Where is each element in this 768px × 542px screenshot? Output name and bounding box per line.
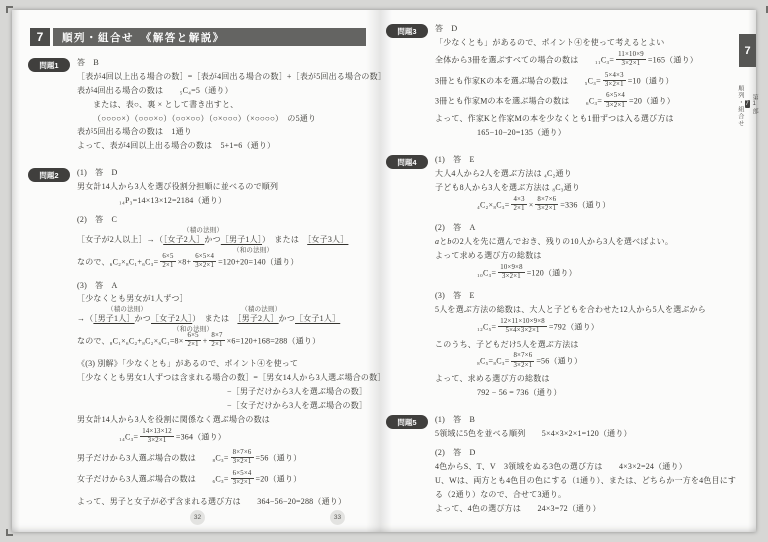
fraction-numerator: 10×9×8 <box>498 264 524 273</box>
fraction-numerator: 8×7×6 <box>231 449 254 458</box>
fraction-numerator: 8×7×6 <box>535 196 558 205</box>
text-run: =336（通り） <box>560 200 610 209</box>
solution-line: ［少なくとも男女が1人ずつ］ <box>77 294 366 304</box>
fraction: 8×72×1 <box>209 332 224 349</box>
solution-line: 3冊とも作家Mの本を選ぶ場合の数は ₆C₃=6×5×43×2×1=20（通り） <box>435 93 716 110</box>
text-run: または、表○、裏 × として書き出すと、 <box>93 100 238 109</box>
chapter-edge-tab: 7 第1部 7 順列・組合せ <box>739 34 756 127</box>
fraction-denominator: 2×1 <box>185 341 200 349</box>
text-run: =56（通り） <box>536 357 582 366</box>
fraction-numerator: 6×5 <box>185 332 200 341</box>
text-run: ） または <box>262 235 307 244</box>
solution-line: aとbの2人を先に選んでおき、残りの10人から3人を選べばよい。 <box>435 237 716 247</box>
scanned-workbook-spread: { "left_page": { "page_number": "32", "h… <box>0 0 768 542</box>
fraction: 5×4×33×2×1 <box>603 72 626 89</box>
fraction-numerator: 6×5×4 <box>231 470 254 479</box>
fraction: 8×7×63×2×1 <box>231 449 254 466</box>
solution-line: 「少なくとも」があるので、ポイント④を使って考えるとよい <box>435 38 716 48</box>
underlined-text: ［女子2人］ <box>163 235 204 244</box>
page-number-left: 32 <box>190 510 205 525</box>
text-run: 5領域に5色を並べる順列 5×4×3×2×1=120（通り） <box>435 429 632 438</box>
underlined-text: ［男子1人］ <box>93 314 134 323</box>
text-run: =20（通り） <box>629 97 675 106</box>
text-run: (2) 答 A <box>435 223 476 232</box>
solution-line: 792 − 56 = 736（通り） <box>435 388 716 398</box>
problem-block: 問題5(1) 答 B5領域に5色を並べる順列 5×4×3×2×1=120（通り）… <box>386 415 716 518</box>
fraction: 6×52×1 <box>160 253 175 270</box>
solution-line: なので、₈C₁×₆C₂+₈C₂×₆C₁=8×6×52×1+8×72×1×6=12… <box>77 333 366 350</box>
problem-block: 問題4(1) 答 E大人4人から2人を選ぶ方法は ₄C₂通り子ども8人から3人を… <box>386 155 716 402</box>
fraction-numerator: 8×7 <box>209 332 224 341</box>
text-run: ×6=120+168=288（通り） <box>227 337 321 346</box>
solution-line: 表が5回出る場合の数は 1通り <box>77 127 366 137</box>
solution-line: よって、作家Kと作家Mの本を少なくとも1冊ずつは入る選び方は <box>435 114 716 124</box>
text-run: 男子だけから3人選ぶ場合の数は ₈C₃= <box>77 453 229 462</box>
problem-content: 答 D「少なくとも」があるので、ポイント④を使って考えるとよい全体から3冊を選ぶ… <box>435 24 716 142</box>
solution-line: (1) 答 E <box>435 155 716 165</box>
text-run: 表が4回出る場合の数は ₅C₄=5（通り） <box>77 86 233 95</box>
problem-content: (1) 答 D男女計14人から3人を選び役割分担順に並べるので順列₁₄P₃=14… <box>77 168 366 511</box>
text-run: の2人を先に選んでおき、残りの10人から3人を選べばよい。 <box>452 237 673 246</box>
solution-line: 《(3) 別解》「少なくとも」があるので、ポイント④を使って <box>77 359 366 369</box>
fraction-numerator: 6×5 <box>160 253 175 262</box>
fraction-numerator: 5×4×3 <box>603 72 626 81</box>
fraction-denominator: 3×2×1 <box>193 262 216 270</box>
solution-line: (2) 答 D <box>435 448 716 458</box>
text-run: ₁₄C₃= <box>119 432 138 441</box>
solution-line: 5領域に5色を並べる順列 5×4×3×2×1=120（通り） <box>435 429 716 439</box>
fraction-denominator: 2×1 <box>209 341 224 349</box>
text-run: ［女子が2人以上］→（ <box>77 235 163 244</box>
solution-line: (2) 答 C <box>77 215 366 225</box>
fraction-denominator: 3×2×1 <box>603 81 626 89</box>
fraction-denominator: 3×2×1 <box>604 102 627 110</box>
fraction: 10×9×83×2×1 <box>498 264 524 281</box>
text-run: ×8+ <box>178 258 192 267</box>
text-run: よって、表が4回以上出る場合の数は 5+1=6（通り） <box>77 141 275 150</box>
text-run: 5人を選ぶ方法の総数は、大人と子どもを合わせた12人から5人を選ぶから <box>435 305 706 314</box>
solution-line: または、表○、裏 × として書き出すと、 <box>77 100 366 110</box>
scan-corner-mark <box>6 6 8 13</box>
text-run: (1) 答 B <box>435 415 475 424</box>
text-run: なので、₆C₂×₈C₁+₆C₃= <box>77 258 158 267</box>
solution-line: 表が4回出る場合の数は ₅C₄=5（通り） <box>77 86 366 96</box>
text-run: =364（通り） <box>176 432 226 441</box>
underlined-text: ［女子3人］ <box>307 235 348 244</box>
text-run: （和の法則） <box>233 247 273 254</box>
text-run: かつ <box>135 314 151 323</box>
text-run: 男女計14人から3人を役割に関係なく選ぶ場合の数は <box>77 415 270 424</box>
solution-line: よって、4色の選び方は 24×3=72（通り） <box>435 504 716 514</box>
fraction: 6×5×43×2×1 <box>604 92 627 109</box>
left-problems: 問題1答 B［表が4回以上出る場合の数］=［表が4回出る場合の数］+［表が5回出… <box>28 58 366 511</box>
fraction-denominator: 3×2×1 <box>231 458 254 466</box>
text-run: 答 D <box>435 24 457 33</box>
text-run: ） または <box>192 314 237 323</box>
problem-label: 問題5 <box>386 415 428 429</box>
fraction-denominator: 3×2×1 <box>498 273 524 281</box>
text-run: 792 − 56 = 736（通り） <box>477 388 562 397</box>
fraction: 8×7×63×2×1 <box>535 196 558 213</box>
text-run: ₁₂C₅= <box>477 322 496 331</box>
problem-content: 答 B［表が4回以上出る場合の数］=［表が4回出る場合の数］+［表が5回出る場合… <box>77 58 366 155</box>
fraction-numerator: 11×10×9 <box>616 51 646 60</box>
fraction-denominator: 3×2×1 <box>535 205 558 213</box>
solution-line: ₁₀C₃=10×9×83×2×1=120（通り） <box>435 265 716 282</box>
problem-label: 問題2 <box>28 168 70 182</box>
text-run: よって、男子と女子が必ず含まれる選び方は 364−56−20=288（通り） <box>77 497 346 506</box>
solution-line: 答 D <box>435 24 716 34</box>
text-run: ₁₄P₃=14×13×12=2184（通り） <box>119 196 226 205</box>
fraction-numerator: 4×3 <box>511 196 526 205</box>
problem-block: 問題3答 D「少なくとも」があるので、ポイント④を使って考えるとよい全体から3冊… <box>386 24 716 142</box>
text-run: このうち、子どもだけ5人を選ぶ方法は <box>435 340 579 349</box>
fraction: 6×52×1 <box>185 332 200 349</box>
text-run: 大人4人から2人を選ぶ方法は ₄C₂通り <box>435 169 572 178</box>
text-run: U、Wは、両方とも4色目の色にする（1通り）、または、どちらか一方を4色目にす <box>435 476 736 485</box>
text-run: 男女計14人から3人を選び役割分担順に並べるので順列 <box>77 182 278 191</box>
text-run: なので、₈C₁×₆C₂+₈C₂×₆C₁=8× <box>77 337 183 346</box>
solution-line: なので、₆C₂×₈C₁+₆C₃=6×52×1×8+6×5×43×2×1=120+… <box>77 254 366 271</box>
solution-line: 男女計14人から3人を選び役割分担順に並べるので順列 <box>77 182 366 192</box>
text-run: ₁₀C₃= <box>477 268 496 277</box>
text-run: ［少なくとも男女1人ずつは含まれる場合の数］=［男女14人から3人選ぶ場合の数］ <box>77 373 386 382</box>
solution-line: このうち、子どもだけ5人を選ぶ方法は <box>435 340 716 350</box>
solution-line: 4色からS、T、V 3領域をぬる3色の選び方は 4×3×2=24（通り） <box>435 462 716 472</box>
text-run: =165（通り） <box>648 55 698 64</box>
fraction: 6×5×43×2×1 <box>231 470 254 487</box>
text-run: =20（通り） <box>256 474 302 483</box>
problem-block: 問題1答 B［表が4回以上出る場合の数］=［表が4回出る場合の数］+［表が5回出… <box>28 58 366 155</box>
solution-line: 男子だけから3人選ぶ場合の数は ₈C₃=8×7×63×2×1=56（通り） <box>77 450 366 467</box>
solution-line: (1) 答 D <box>77 168 366 178</box>
text-run: 女子だけから3人選ぶ場合の数は ₆C₃= <box>77 474 229 483</box>
text-run: −［女子だけから3人を選ぶ場合の数］ <box>227 401 367 410</box>
fraction-numerator: 6×5×4 <box>193 253 216 262</box>
solution-line: (3) 答 A <box>77 281 366 291</box>
solution-line: 答 B <box>77 58 366 68</box>
solution-line: ［女子が2人以上］→（［女子2人］かつ［男子1人］） または ［女子3人］ <box>77 235 366 245</box>
fraction-denominator: 2×1 <box>160 262 175 270</box>
underlined-text: ［男子2人］ <box>237 314 278 323</box>
text-run: かつ <box>204 235 220 244</box>
tab-chapter-number-badge: 7 <box>745 100 750 108</box>
solution-line: る（2通り）なので、合せて3通り。 <box>435 490 716 500</box>
page-left: 7 順列・組合せ 《解答と解説》 問題1答 B［表が4回以上出る場合の数］=［表… <box>12 10 374 532</box>
problem-content: (1) 答 B5領域に5色を並べる順列 5×4×3×2×1=120（通り）(2)… <box>435 415 716 518</box>
text-run: =120（通り） <box>527 268 577 277</box>
text-run: =56（通り） <box>256 453 302 462</box>
fraction-numerator: 14×13×12 <box>140 428 174 437</box>
chapter-header: 7 順列・組合せ 《解答と解説》 <box>30 28 366 46</box>
fraction-denominator: 3×2×1 <box>140 437 174 445</box>
text-run: 「少なくとも」があるので、ポイント④を使って考えるとよい <box>435 38 664 47</box>
solution-line: よって、男子と女子が必ず含まれる選び方は 364−56−20=288（通り） <box>77 497 366 507</box>
text-run: る（2通り）なので、合せて3通り。 <box>435 490 566 499</box>
fraction-denominator: 5×4×3×2×1 <box>498 327 547 335</box>
fraction-denominator: 2×1 <box>511 205 526 213</box>
text-run: 全体から3冊を選ぶすべての場合の数は ₁₁C₃= <box>435 55 614 64</box>
text-run: （積の法則） <box>183 227 223 234</box>
chapter-tab-number: 7 <box>739 34 756 67</box>
problem-label: 問題3 <box>386 24 428 38</box>
underlined-text: ［女子1人］ <box>295 314 340 323</box>
solution-line: −［女子だけから3人を選ぶ場合の数］ <box>77 401 366 411</box>
text-run: （○○○○×）（○○○×○）（○○×○○）（○×○○○）（×○○○○） の5通り <box>93 114 316 123</box>
solution-line: (2) 答 A <box>435 223 716 233</box>
chapter-title: 順列・組合せ 《解答と解説》 <box>53 28 366 46</box>
problem-label: 問題1 <box>28 58 70 72</box>
text-run: ［表が4回以上出る場合の数］=［表が4回出る場合の数］+［表が5回出る場合の数］ <box>77 72 386 81</box>
fraction: 6×5×43×2×1 <box>193 253 216 270</box>
fraction-numerator: 12×11×10×9×8 <box>498 318 547 327</box>
chapter-number-badge: 7 <box>30 28 50 46</box>
fraction: 14×13×123×2×1 <box>140 428 174 445</box>
problem-content: (1) 答 E大人4人から2人を選ぶ方法は ₄C₂通り子ども8人から3人を選ぶ方… <box>435 155 716 402</box>
text-run: + <box>203 337 208 346</box>
solution-line: (1) 答 B <box>435 415 716 425</box>
fraction-numerator: 8×7×6 <box>511 352 534 361</box>
text-run: よって、求める選び方の総数は <box>435 374 550 383</box>
underlined-text: ［男子1人］ <box>221 235 262 244</box>
solution-line: ₁₄C₃=14×13×123×2×1=364（通り） <box>77 429 366 446</box>
text-run: よって、作家Kと作家Mの本を少なくとも1冊ずつは入る選び方は <box>435 114 674 123</box>
text-run: −［男子だけから3人を選ぶ場合の数］ <box>227 387 367 396</box>
text-run: × <box>529 200 534 209</box>
text-run: 《(3) 別解》「少なくとも」があるので、ポイント④を使って <box>77 359 298 368</box>
right-problems: 問題3答 D「少なくとも」があるので、ポイント④を使って考えるとよい全体から3冊… <box>386 24 716 518</box>
book-spread: 7 順列・組合せ 《解答と解説》 問題1答 B［表が4回以上出る場合の数］=［表… <box>12 10 756 532</box>
text-run: (1) 答 D <box>77 168 118 177</box>
text-run: 3冊とも作家Mの本を選ぶ場合の数は ₆C₃= <box>435 97 602 106</box>
solution-line: U、Wは、両方とも4色目の色にする（1通り）、または、どちらか一方を4色目にす <box>435 476 716 486</box>
text-run: 3冊とも作家Kの本を選ぶ場合の数は ₅C₃= <box>435 76 601 85</box>
page-number-right: 33 <box>330 510 345 525</box>
solution-line: 女子だけから3人選ぶ場合の数は ₆C₃=6×5×43×2×1=20（通り） <box>77 471 366 488</box>
text-run: ₄C₂×₈C₃= <box>477 200 509 209</box>
solution-line: ₄C₂×₈C₃=4×32×1×8×7×63×2×1=336（通り） <box>435 197 716 214</box>
solution-line: (3) 答 E <box>435 291 716 301</box>
text-run: 165−10−20=135（通り） <box>477 128 566 137</box>
problem-block: 問題2(1) 答 D男女計14人から3人を選び役割分担順に並べるので順列₁₄P₃… <box>28 168 366 511</box>
chapter-tab-vertical-label: 第1部 7 順列・組合せ <box>736 81 759 127</box>
underlined-text: ［女子2人］ <box>151 314 192 323</box>
text-run: (1) 答 E <box>435 155 475 164</box>
solution-line: よって、求める選び方の総数は <box>435 374 716 384</box>
text-run: =10（通り） <box>628 76 674 85</box>
solution-line: 全体から3冊を選ぶすべての場合の数は ₁₁C₃=11×10×93×2×1=165… <box>435 52 716 69</box>
fraction-denominator: 3×2×1 <box>511 362 534 370</box>
text-run: 子ども8人から3人を選ぶ方法は ₈C₃通り <box>435 183 580 192</box>
text-run: (2) 答 D <box>435 448 476 457</box>
text-run: よって求める選び方の総数は <box>435 251 542 260</box>
solution-line: 5人を選ぶ方法の総数は、大人と子どもを合わせた12人から5人を選ぶから <box>435 305 716 315</box>
text-run: 4色からS、T、V 3領域をぬる3色の選び方は 4×3×2=24（通り） <box>435 462 687 471</box>
solution-line: よって、表が4回以上出る場合の数は 5+1=6（通り） <box>77 141 366 151</box>
text-run: よって、4色の選び方は 24×3=72（通り） <box>435 504 601 513</box>
fraction-denominator: 3×2×1 <box>616 60 646 68</box>
text-run: (2) 答 C <box>77 215 117 224</box>
fraction: 4×32×1 <box>511 196 526 213</box>
scan-corner-mark <box>6 529 8 536</box>
page-right: 問題3答 D「少なくとも」があるので、ポイント④を使って考えるとよい全体から3冊… <box>374 10 756 532</box>
text-run: (3) 答 A <box>77 281 118 290</box>
solution-line: 3冊とも作家Kの本を選ぶ場合の数は ₅C₃=5×4×33×2×1=10（通り） <box>435 73 716 90</box>
solution-line: ［表が4回以上出る場合の数］=［表が4回出る場合の数］+［表が5回出る場合の数］ <box>77 72 366 82</box>
problem-label: 問題4 <box>386 155 428 169</box>
text-run: ₈C₅=₈C₃= <box>477 357 509 366</box>
fraction-numerator: 6×5×4 <box>604 92 627 101</box>
tab-chapter-title: 順列・組合せ <box>736 85 745 127</box>
fraction-denominator: 3×2×1 <box>231 479 254 487</box>
solution-line: ₁₂C₅=12×11×10×9×85×4×3×2×1=792（通り） <box>435 319 716 336</box>
text-run: （積の法則） （積の法則） <box>107 306 281 313</box>
text-run: ［少なくとも男女が1人ずつ］ <box>77 294 188 303</box>
solution-line: ［少なくとも男女1人ずつは含まれる場合の数］=［男女14人から3人選ぶ場合の数］ <box>77 373 366 383</box>
text-run: =792（通り） <box>549 322 599 331</box>
solution-line: →（［男子1人］かつ［女子2人］） または ［男子2人］かつ［女子1人］ <box>77 314 366 324</box>
text-run: かつ <box>279 314 295 323</box>
solution-line: ₈C₅=₈C₃=8×7×63×2×1=56（通り） <box>435 353 716 370</box>
fraction: 11×10×93×2×1 <box>616 51 646 68</box>
solution-line: 男女計14人から3人を役割に関係なく選ぶ場合の数は <box>77 415 366 425</box>
text-run: (3) 答 E <box>435 291 475 300</box>
fraction: 8×7×63×2×1 <box>511 352 534 369</box>
solution-line: 大人4人から2人を選ぶ方法は ₄C₂通り <box>435 169 716 179</box>
solution-line: −［男子だけから3人を選ぶ場合の数］ <box>77 387 366 397</box>
text-run: →（ <box>77 314 93 323</box>
text-run: 表が5回出る場合の数は 1通り <box>77 127 192 136</box>
solution-line: 165−10−20=135（通り） <box>435 128 716 138</box>
solution-line: よって求める選び方の総数は <box>435 251 716 261</box>
solution-line: （○○○○×）（○○○×○）（○○×○○）（○×○○○）（×○○○○） の5通り <box>77 114 366 124</box>
text-run: 答 B <box>77 58 99 67</box>
solution-line: ₁₄P₃=14×13×12=2184（通り） <box>77 196 366 206</box>
tab-part-label: 第1部 <box>750 94 759 115</box>
fraction: 12×11×10×9×85×4×3×2×1 <box>498 318 547 335</box>
text-run: =120+20=140（通り） <box>218 258 299 267</box>
solution-line: 子ども8人から3人を選ぶ方法は ₈C₃通り <box>435 183 716 193</box>
